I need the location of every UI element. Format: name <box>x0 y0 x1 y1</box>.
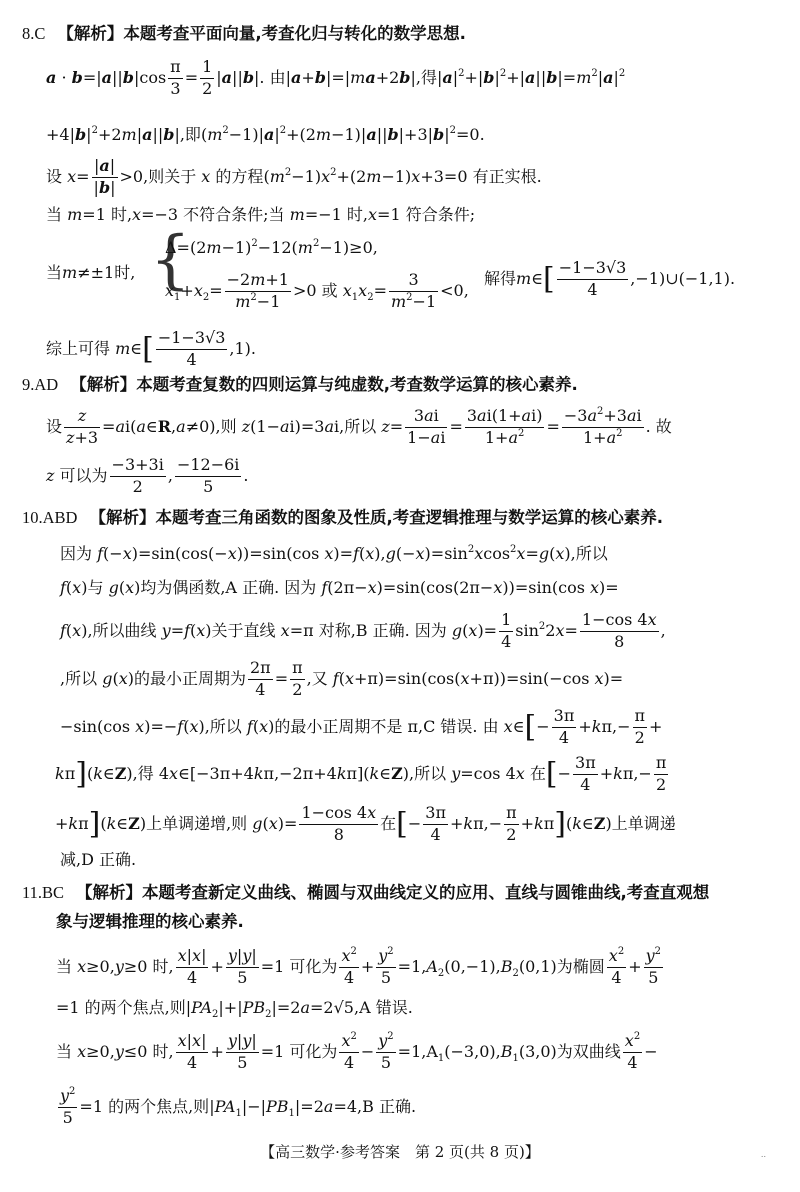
analysis-tag: 【解析】 <box>70 375 136 394</box>
problem-topic: 本题考查平面向量,考查化归与转化的数学思想. <box>123 24 466 43</box>
answer-key-page: 8.C【解析】本题考查平面向量,考查化归与转化的数学思想. a · b=|a||… <box>0 0 800 1192</box>
problem-10-line-4: ,所以 g(x)的最小正周期为2π4=π2,又 f(x+π)=sin(cos(x… <box>60 660 623 699</box>
problem-10-line-7: +kπ](k∈Z)上单调递增,则 g(x)=1−cos 4x8在[−3π4+kπ… <box>55 805 676 844</box>
problem-8-heading: 8.C【解析】本题考查平面向量,考查化归与转化的数学思想. <box>22 26 466 43</box>
problem-9-heading: 9.AD【解析】本题考查复数的四则运算与纯虚数,考查数学运算的核心素养. <box>22 377 578 394</box>
problem-topic: 本题考查新定义曲线、椭圆与双曲线定义的应用、直线与圆锥曲线,考查直观想 <box>142 883 709 902</box>
problem-10-line-5: −sin(cos x)=−f(x),所以 f(x)的最小正周期不是 π,C 错误… <box>60 708 662 747</box>
problem-8-case-label: 当m≠±1时, <box>46 265 135 281</box>
problem-10-line-3: f(x),所以曲线 y=f(x)关于直线 x=π 对称,B 正确. 因为 g(x… <box>60 612 666 651</box>
problem-11-line-2: =1 的两个焦点,则|PA2|+|PB2|=2a=2√5,A 错误. <box>56 1000 413 1016</box>
problem-number: 9.AD <box>22 375 58 394</box>
problem-8-solution-interval: 解得m∈[−1−3√34,−1)∪(−1,1). <box>484 260 735 299</box>
problem-9-line-1: 设zz+3=ai(a∈R,a≠0),则 z(1−ai)=3ai,所以 z=3ai… <box>46 408 672 447</box>
page-footer: 【高三数学·参考答案 第 2 页(共 8 页)】 <box>0 1141 800 1162</box>
problem-11-line-3: 当 x≥0,y≤0 时,x|x|4+y|y|5=1 可化为x24−y25=1,A… <box>56 1033 658 1072</box>
problem-8-line-3: 设 x=|a||b|>0,则关于 x 的方程(m2−1)x2+(2m−1)x+3… <box>46 158 542 197</box>
problem-10-heading: 10.ABD【解析】本题考查三角函数的图象及性质,考查逻辑推理与数学运算的核心素… <box>22 510 663 527</box>
problem-number: 10.ABD <box>22 508 77 527</box>
problem-8-system-row-2: x1+x2=−2m+1m2−1>0 或 x1x2=3m2−1<0, <box>165 272 469 311</box>
problem-number: 8.C <box>22 24 45 43</box>
problem-10-line-8: 减,D 正确. <box>60 852 136 868</box>
analysis-tag: 【解析】 <box>76 883 142 902</box>
problem-8-system-row-1: Δ=(2m−1)2−12(m2−1)≥0, <box>165 240 378 256</box>
problem-8-conclusion: 综上可得 m∈[−1−3√34,1). <box>46 330 256 369</box>
problem-8-line-4: 当 m=1 时,x=−3 不符合条件;当 m=−1 时,x=1 符合条件; <box>46 207 475 223</box>
analysis-tag: 【解析】 <box>57 24 123 43</box>
problem-number: 11.BC <box>22 883 64 902</box>
problem-11-line-4: y25=1 的两个焦点,则|PA1|−|PB1|=2a=4,B 正确. <box>56 1088 416 1127</box>
problem-8-line-1: a · b=|a||b|cosπ3=12|a||b|. 由|a+b|=|ma+2… <box>46 59 625 98</box>
problem-11-heading: 11.BC【解析】本题考查新定义曲线、椭圆与双曲线定义的应用、直线与圆锥曲线,考… <box>22 885 709 902</box>
corner-mark: .. <box>761 1150 766 1159</box>
analysis-tag: 【解析】 <box>89 508 155 527</box>
problem-10-line-1: 因为 f(−x)=sin(cos(−x))=sin(cos x)=f(x),g(… <box>60 546 608 562</box>
problem-10-line-6: kπ](k∈Z),得 4x∈[−3π+4kπ,−2π+4kπ](k∈Z),所以 … <box>55 755 670 794</box>
problem-10-line-2: f(x)与 g(x)均为偶函数,A 正确. 因为 f(2π−x)=sin(cos… <box>60 580 619 596</box>
problem-topic: 本题考查三角函数的图象及性质,考查逻辑推理与数学运算的核心素养. <box>155 508 663 527</box>
problem-11-line-1: 当 x≥0,y≥0 时,x|x|4+y|y|5=1 可化为x24+y25=1,A… <box>56 948 665 987</box>
problem-8-line-2: +4|b|2+2m|a||b|,即(m2−1)|a|2+(2m−1)|a||b|… <box>46 127 485 143</box>
problem-topic: 本题考查复数的四则运算与纯虚数,考查数学运算的核心素养. <box>136 375 578 394</box>
problem-11-heading-cont: 象与逻辑推理的核心素养. <box>56 914 244 931</box>
problem-9-line-2: z 可以为−3+3i2,−12−6i5. <box>46 457 249 496</box>
